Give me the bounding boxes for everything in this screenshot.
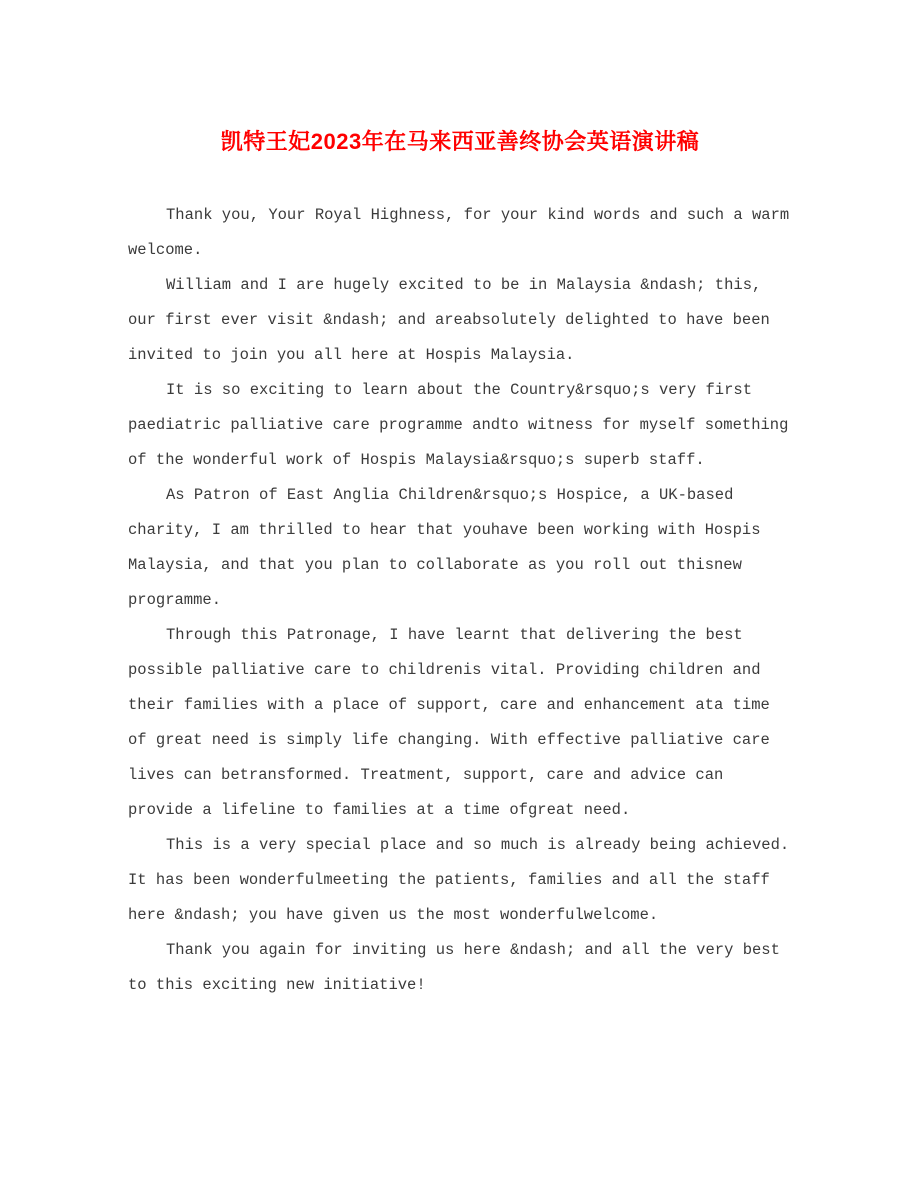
paragraph-4: As Patron of East Anglia Children&rsquo;… — [128, 478, 800, 618]
document-page: 凯特王妃2023年在马来西亚善终协会英语演讲稿 Thank you, Your … — [0, 0, 920, 1191]
paragraph-6: This is a very special place and so much… — [128, 828, 800, 933]
paragraph-5: Through this Patronage, I have learnt th… — [128, 618, 800, 828]
paragraph-2: William and I are hugely excited to be i… — [128, 268, 800, 373]
document-title: 凯特王妃2023年在马来西亚善终协会英语演讲稿 — [0, 126, 920, 158]
paragraph-3: It is so exciting to learn about the Cou… — [128, 373, 800, 478]
paragraph-7: Thank you again for inviting us here &nd… — [128, 933, 800, 1003]
paragraph-1: Thank you, Your Royal Highness, for your… — [128, 198, 800, 268]
document-body: Thank you, Your Royal Highness, for your… — [0, 198, 920, 1003]
